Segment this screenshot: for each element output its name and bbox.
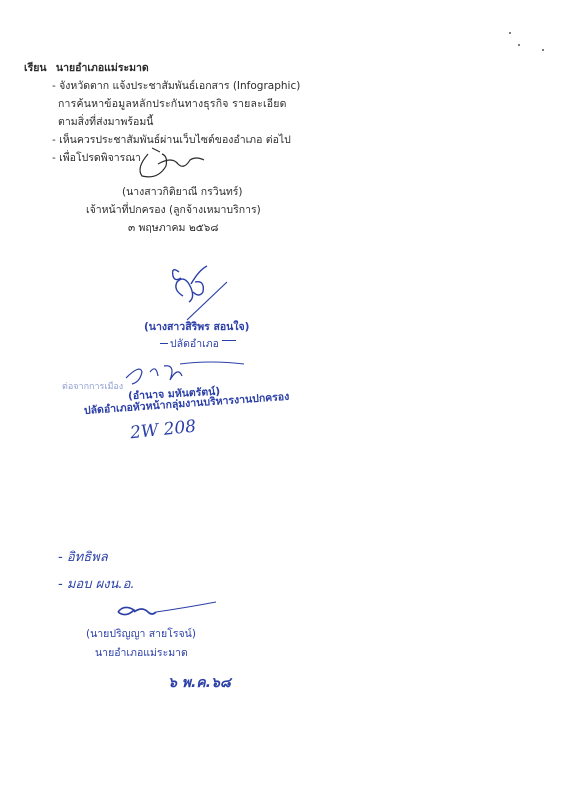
salutation-recipient: นายอำเภอแม่ระมาด (56, 62, 149, 74)
officer-position: เจ้าหน้าที่ปกครอง (ลูกจ้างเหมาบริการ) (86, 203, 261, 217)
memo-item-1: - จังหวัดตาก แจ้งประชาสัมพันธ์เอกสาร (In… (52, 79, 300, 93)
deputy-signature (165, 262, 245, 322)
head-deputy-handwritten-date: 2W 208 (129, 417, 197, 444)
scan-speck (518, 44, 520, 46)
district-chief-signature (112, 600, 222, 622)
district-chief-handwritten-date: ๖ พ.ค.๖๘ (168, 672, 231, 694)
district-chief-position: นายอำเภอแม่ระมาด (95, 646, 188, 660)
order-line-1: - อิทธิพล (58, 546, 108, 567)
head-deputy-signature (120, 358, 260, 388)
district-chief-name: (นายปริญญา สายโรจน์) (86, 627, 196, 641)
memo-item-1-cont: การค้นหาข้อมูลหลักประกันทางธุรกิจ รายละเ… (58, 97, 287, 111)
memo-item-2: - เห็นควรประชาสัมพันธ์ผ่านเว็บไซต์ของอำเ… (52, 133, 291, 147)
scan-speck (542, 49, 544, 51)
officer-name: (นางสาวกิติยาณี กรวินทร์) (122, 185, 243, 199)
memo-item-1-cont2: ตามสิ่งที่ส่งมาพร้อมนี้ (58, 115, 153, 129)
salutation: เรียน นายอำเภอแม่ระมาด (24, 61, 149, 75)
salutation-label: เรียน (24, 62, 47, 74)
scan-speck (509, 32, 511, 34)
deputy-dash-left (160, 343, 168, 344)
order-line-2: - มอบ ผงน.อ. (58, 573, 135, 594)
officer-date: ๓ พฤษภาคม ๒๕๖๘ (128, 221, 218, 235)
officer-signature (128, 146, 218, 186)
faded-stamp-label: ต่อจากการเมือง (62, 380, 123, 394)
deputy-dash-right (222, 340, 236, 341)
deputy-position: ปลัดอำเภอ (170, 337, 219, 351)
deputy-name: (นางสาวสิริพร สอนใจ) (144, 320, 249, 334)
